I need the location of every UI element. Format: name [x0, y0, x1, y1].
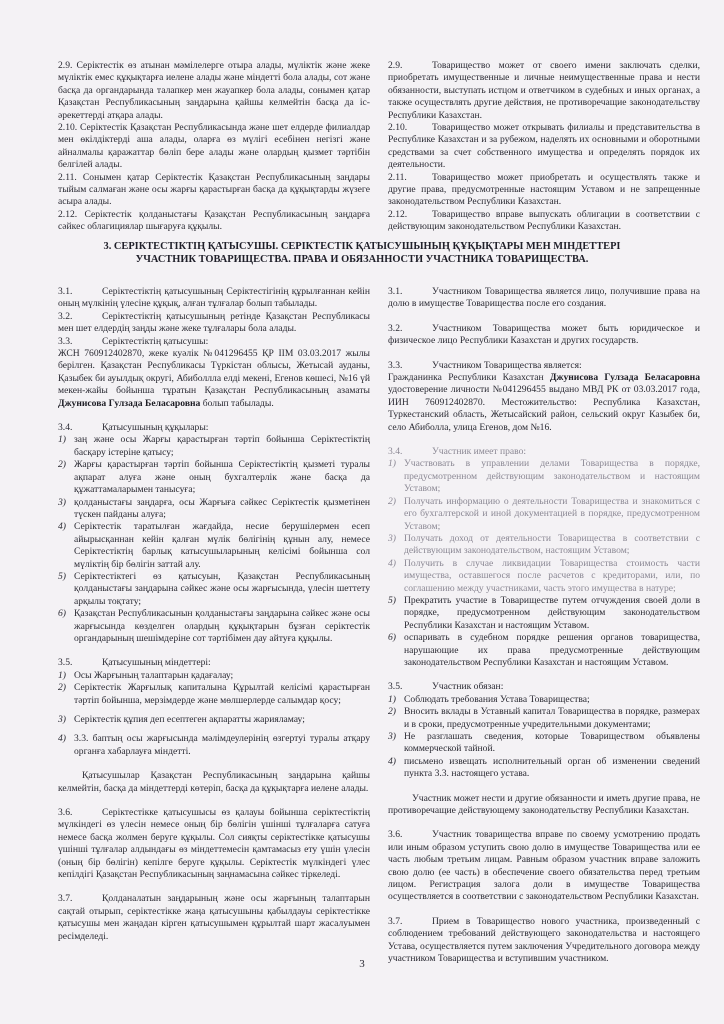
participant-name-kz: Джунисова Гулзада Беласаровна [58, 398, 200, 409]
clause-2-9-ru: 2.9.Товарищество может от своего имени з… [388, 60, 700, 122]
list-item: 3)Не разглашать сведения, которые Товари… [388, 731, 700, 756]
list-item: 4)Серіктестік таратылған жағдайда, несие… [58, 521, 370, 571]
participant-name-ru: Джунисова Гулзада Беласаровна [550, 372, 700, 383]
clause-2-12-kz: 2.12. Серіктестік қолданыстағы Қазақстан… [58, 209, 370, 234]
duties-list-kz: 1)Осы Жарғының талаптарын қадағалау; 2)С… [58, 670, 370, 758]
list-item: 3)Серіктестік құпия деп есептеген ақпара… [58, 714, 370, 726]
list-item: 5)Прекратить участие в Товариществе путе… [388, 595, 700, 632]
clause-3-3-ru: 3.3.Участником Товарищества является:Гра… [388, 360, 700, 434]
kz-column: 3.1.Серіктестіктің қатысушының Серіктест… [58, 286, 370, 943]
clause-2-10-ru: 2.10.Товарищество может открывать филиал… [388, 122, 700, 172]
list-item: 3)Получать доход от деятельности Товарищ… [388, 533, 700, 558]
extra-clause-ru: Участник может нести и другие обязанност… [388, 793, 700, 818]
list-item: 2)Серіктестік Жарғылық капиталына Құрылт… [58, 682, 370, 707]
clause-3-5-kz-title: 3.5.Қатысушының міндеттері: [58, 657, 370, 669]
ru-column: 3.1.Участником Товарищества является лиц… [388, 286, 700, 966]
section-heading: 3. СЕРІКТЕСТІКТІҢ ҚАТЫСУШЫ. СЕРІКТЕСТІК … [0, 240, 724, 266]
list-item: 1)Осы Жарғының талаптарын қадағалау; [58, 670, 370, 682]
list-item: 3)қолданыстағы заңдарға, осы Жарғыға сәй… [58, 497, 370, 522]
extra-clause-kz: Қатысушылар Қазақстан Республикасының за… [58, 770, 370, 795]
list-item: 1)Участвовать в управлении делами Товари… [388, 458, 700, 495]
clause-3-3-kz: 3.3.Серіктестіктің қатысушы:ЖСН 76091240… [58, 336, 370, 410]
list-item: 4)письмено извещать исполнительный орган… [388, 756, 700, 781]
clause-3-6-ru: 3.6.Участник товарищества вправе по свое… [388, 829, 700, 903]
clause-2-10-kz: 2.10. Серіктестік Қазақстан Республикасы… [58, 122, 370, 172]
list-item: 1)Соблюдать требования Устава Товарищест… [388, 694, 700, 706]
clause-3-6-kz: 3.6.Серіктестікке қатысушысы өз қалауы б… [58, 807, 370, 881]
list-item: 2)Жарғы қарастырған тәртіп бойынша Серік… [58, 459, 370, 496]
clause-2-9-kz: 2.9. Серіктестік өз атынан мәмілелерге о… [58, 60, 370, 122]
heading-kz: 3. СЕРІКТЕСТІКТІҢ ҚАТЫСУШЫ. СЕРІКТЕСТІК … [0, 240, 724, 253]
clause-3-7-kz: 3.7.Қолданалатын заңдарының және осы жар… [58, 893, 370, 943]
clause-3-2-ru: 3.2.Участником Товарищества может быть ю… [388, 323, 700, 348]
clause-3-1-ru: 3.1.Участником Товарищества является лиц… [388, 286, 700, 311]
clause-3-5-ru-title: 3.5.Участник обязан: [388, 681, 700, 693]
top-left-column: 2.9. Серіктестік өз атынан мәмілелерге о… [58, 60, 370, 234]
list-item: 5)Серіктестіктегі өз қатысуын, Қазақстан… [58, 571, 370, 608]
top-right-column: 2.9.Товарищество может от своего имени з… [388, 60, 700, 234]
clause-2-11-ru: 2.11.Товарищество может приобретать и ос… [388, 172, 700, 209]
duties-list-ru: 1)Соблюдать требования Устава Товарищест… [388, 694, 700, 781]
document-page: 2.9. Серіктестік өз атынан мәмілелерге о… [0, 0, 724, 1024]
rights-list-kz: 1)заң және осы Жарғы қарастырған тәртіп … [58, 434, 370, 645]
clause-3-4-kz-title: 3.4.Қатысушының құқылары: [58, 422, 370, 434]
list-item: 2)Вносить вклады в Уставный капитал Това… [388, 706, 700, 731]
list-item: 4)Получить в случае ликвидации Товарищес… [388, 558, 700, 595]
clause-3-1-kz: 3.1.Серіктестіктің қатысушының Серіктест… [58, 286, 370, 311]
page-number: 3 [0, 958, 724, 970]
clause-3-2-kz: 3.2.Серіктестіктің қатысушының ретінде Қ… [58, 311, 370, 336]
rights-list-ru: 1)Участвовать в управлении делами Товари… [388, 458, 700, 669]
list-item: 6)Қазақстан Республикасынын қолданыстағы… [58, 608, 370, 645]
list-item: 1)заң және осы Жарғы қарастырған тәртіп … [58, 434, 370, 459]
heading-ru: УЧАСТНИК ТОВАРИЩЕСТВА. ПРАВА И ОБЯЗАННОС… [0, 253, 724, 266]
list-item: 6)оспаривать в судебном порядке решения … [388, 632, 700, 669]
clause-3-4-ru-title: 3.4.Участник имеет право: [388, 446, 700, 458]
clause-2-12-ru: 2.12.Товарищество вправе выпускать облиг… [388, 209, 700, 234]
list-item: 2)Получать информацию о деятельности Тов… [388, 496, 700, 533]
list-item: 4)3.3. баптың осы жарғысында мәлімдеулер… [58, 733, 370, 758]
clause-2-11-kz: 2.11. Сонымен қатар Серіктестік Қазақста… [58, 172, 370, 209]
